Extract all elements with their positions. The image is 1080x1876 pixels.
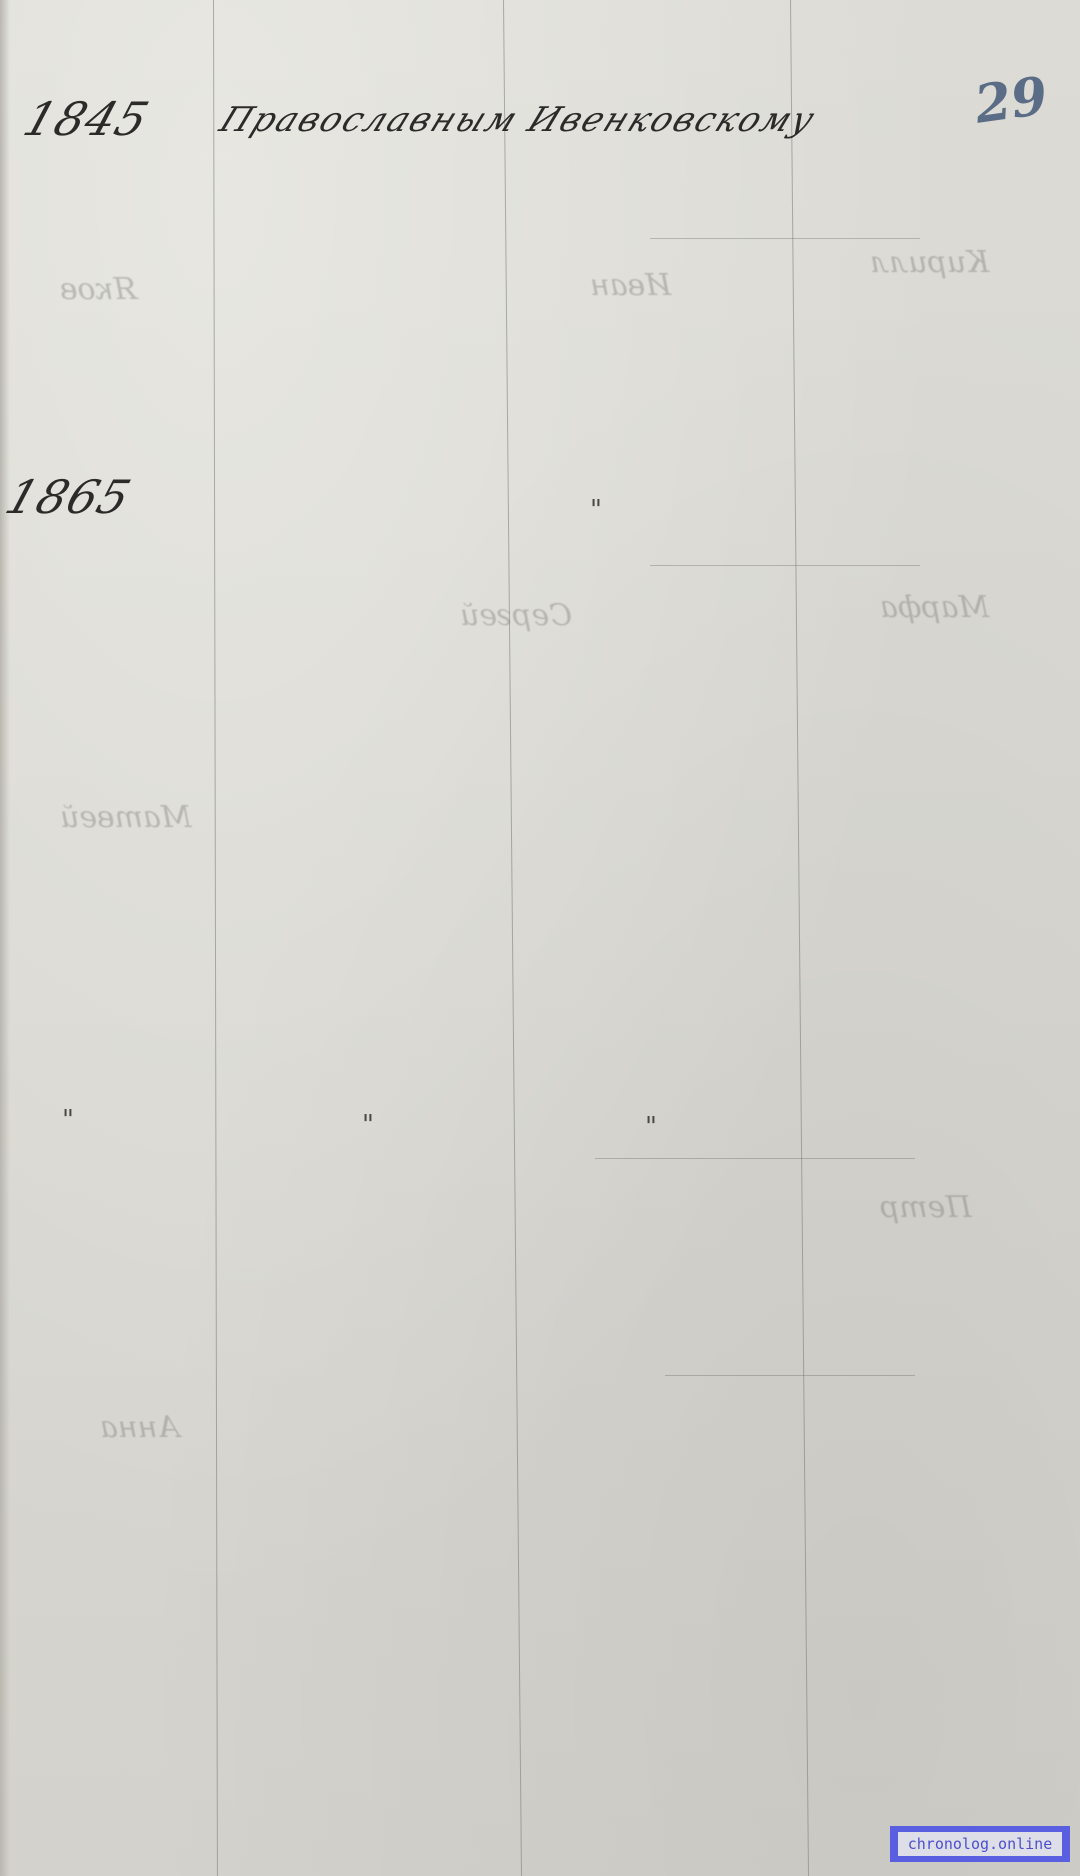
ditto-mark: " <box>645 1112 658 1142</box>
bleed-text: Петр <box>880 1190 972 1225</box>
entry-year-1845: 1845 <box>17 92 156 146</box>
watermark-badge: chronolog.online <box>890 1826 1070 1862</box>
bleed-underline-2 <box>650 565 920 566</box>
bleed-underline-3 <box>595 1158 915 1159</box>
column-rule-2 <box>503 0 522 1876</box>
bleed-text: Яков <box>60 272 138 307</box>
ditto-mark: " <box>362 1110 375 1140</box>
bleed-text: Марфа <box>880 590 989 625</box>
bleed-underline-1 <box>650 238 920 239</box>
bleed-text: Иван <box>590 268 671 303</box>
column-rule-1 <box>213 0 218 1876</box>
bleed-text: Матвей <box>60 800 192 835</box>
bleed-text: Кирилл <box>870 245 989 280</box>
ditto-mark: " <box>62 1105 75 1135</box>
bleed-underline-4 <box>665 1375 915 1376</box>
entry-year-1865: 1865 <box>0 470 138 524</box>
ditto-mark: " <box>590 495 603 525</box>
column-rule-3 <box>790 0 809 1876</box>
watermark-text: chronolog.online <box>898 1832 1062 1856</box>
page-edge-shadow <box>0 0 10 1876</box>
folio-number: 29 <box>971 65 1051 135</box>
bleed-text: Сергей <box>460 598 572 633</box>
entry-text-1845: Православным Ивенковскому <box>214 100 822 140</box>
document-page: 1845 Православным Ивенковскому 1865 29 К… <box>0 0 1080 1876</box>
bleed-text: Анна <box>100 1410 180 1445</box>
